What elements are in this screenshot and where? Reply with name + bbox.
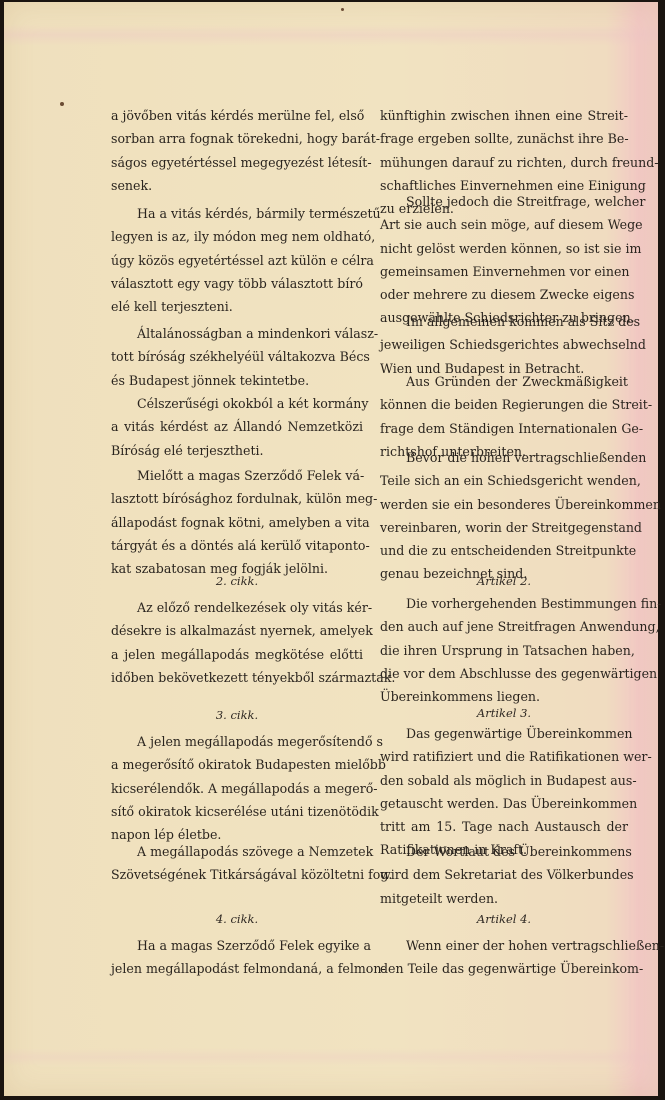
paragraph: Die vorhergehenden Bestimmungen fin- den… (380, 592, 628, 708)
text-line: désekre is alkalmazást nyernek, amelyek (111, 619, 363, 642)
text-line: Bevor die hohen vertragschließenden (380, 446, 628, 469)
text-line: tott bíróság székhelyéül váltakozva Bécs (111, 345, 363, 368)
text-line: úgy közös egyetértéssel azt külön e célr… (111, 249, 363, 272)
text-line: legyen is az, ily módon meg nem oldható, (111, 225, 363, 248)
text-line: állapodást fognak kötni, amelyben a vita (111, 511, 363, 534)
text-line: künftighin zwischen ihnen eine Streit- (380, 104, 628, 127)
text-line: gemeinsamen Einvernehmen vor einen (380, 260, 628, 283)
text-line: wird ratifiziert und die Ratifikationen … (380, 745, 628, 768)
paragraph: Ha a magas Szerződő Felek egyike a jelen… (111, 934, 363, 981)
text-line: senek. (111, 174, 363, 197)
text-line: Célszerűségi okokból a két kormány (111, 392, 363, 415)
text-line: oder mehrere zu diesem Zwecke eigens (380, 283, 628, 306)
ink-speck (341, 8, 344, 11)
paragraph: a jövőben vitás kérdés merülne fel, első… (111, 104, 363, 197)
text-line: Általánosságban a mindenkori válasz- (111, 322, 363, 345)
paragraph: Általánosságban a mindenkori válasz- tot… (111, 322, 363, 392)
text-line: választott egy vagy több választott bíró (111, 272, 363, 295)
text-line: sorban arra fognak törekedni, hogy barát… (111, 127, 363, 150)
text-line: a jövőben vitás kérdés merülne fel, első (111, 104, 363, 127)
paragraph: Wenn einer der hohen vertragschließen- d… (380, 934, 628, 981)
text-line: kicserélendők. A megállapodás a megerő- (111, 777, 363, 800)
text-line: Im allgemeinen kommen als Sitz des (380, 310, 628, 333)
text-line: Ha a vitás kérdés, bármily természetű (111, 202, 363, 225)
paragraph: Der Wortlaut des Übereinkommens wird dem… (380, 840, 628, 910)
paragraph: Bevor die hohen vertragschließenden Teil… (380, 446, 628, 586)
paragraph: Mielőtt a magas Szerződő Felek vá- laszt… (111, 464, 363, 580)
text-line: können die beiden Regierungen die Streit… (380, 393, 628, 416)
paragraph: Ha a vitás kérdés, bármily természetű le… (111, 202, 363, 318)
text-line: nicht gelöst werden können, so ist sie i… (380, 237, 628, 260)
text-line: Das gegenwärtige Übereinkommen (380, 722, 628, 745)
text-line: mühungen darauf zu richten, durch freund… (380, 151, 628, 174)
text-line: getauscht werden. Das Übereinkommen (380, 792, 628, 815)
text-line: a vitás kérdést az Állandó Nemzetközi (111, 415, 363, 438)
text-line: frage dem Ständigen Internationalen Ge- (380, 417, 628, 440)
text-line: A megállapodás szövege a Nemzetek (111, 840, 363, 863)
text-line: die ihren Ursprung in Tatsachen haben, (380, 639, 628, 662)
text-line: mitgeteilt werden. (380, 887, 628, 910)
text-line: Die vorhergehenden Bestimmungen fin- (380, 592, 628, 615)
text-line: Der Wortlaut des Übereinkommens (380, 840, 628, 863)
text-line: Az előző rendelkezések oly vitás kér- (111, 596, 363, 619)
text-line: A jelen megállapodás megerősítendő s (111, 730, 363, 753)
text-line: frage ergeben sollte, zunächst ihre Be- (380, 127, 628, 150)
text-line: wird dem Sekretariat des Völkerbundes (380, 863, 628, 886)
paragraph: Célszerűségi okokból a két kormány a vit… (111, 392, 363, 462)
ink-speck (60, 102, 64, 106)
text-line: den sobald als möglich in Budapest aus- (380, 769, 628, 792)
text-line: jelen megállapodást felmondaná, a felmon… (111, 957, 363, 980)
text-line: elé kell terjeszteni. (111, 295, 363, 318)
paragraph: A jelen megállapodás megerősítendő s a m… (111, 730, 363, 846)
article-heading: Artikel 2. (380, 570, 628, 593)
text-line: Ha a magas Szerződő Felek egyike a (111, 934, 363, 957)
text-line: Wenn einer der hohen vertragschließen- (380, 934, 628, 957)
text-line: Bíróság elé terjesztheti. (111, 439, 363, 462)
text-line: Mielőtt a magas Szerződő Felek vá- (111, 464, 363, 487)
text-line: időben bekövetkezett tényekből származta… (111, 666, 363, 689)
text-line: werden sie ein besonderes Übereinkommen (380, 493, 628, 516)
text-line: den auch auf jene Streitfragen Anwendung… (380, 615, 628, 638)
text-line: tritt am 15. Tage nach Austausch der (380, 815, 628, 838)
paragraph: Sollte jedoch die Streitfrage, welcher A… (380, 190, 628, 330)
text-line: jeweiligen Schiedsgerichtes abwechselnd (380, 333, 628, 356)
article-heading: 2. cikk. (111, 570, 363, 593)
text-line: tárgyát és a döntés alá kerülő vitaponto… (111, 534, 363, 557)
text-line: Szövetségének Titkárságával közöltetni f… (111, 863, 363, 886)
text-line: Aus Gründen der Zweckmäßigkeit (380, 370, 628, 393)
article-heading: 4. cikk. (111, 908, 363, 931)
text-line: die vor dem Abschlusse des gegenwärtigen (380, 662, 628, 685)
article-heading: Artikel 4. (380, 908, 628, 931)
text-line: vereinbaren, worin der Streitgegenstand (380, 516, 628, 539)
paragraph: Az előző rendelkezések oly vitás kér- dé… (111, 596, 363, 689)
article-heading: 3. cikk. (111, 704, 363, 727)
text-line: és Budapest jönnek tekintetbe. (111, 369, 363, 392)
scanned-page: a jövőben vitás kérdés merülne fel, első… (4, 2, 658, 1096)
text-line: und die zu entscheidenden Streitpunkte (380, 539, 628, 562)
text-line: den Teile das gegenwärtige Übereinkom- (380, 957, 628, 980)
text-line: ságos egyetértéssel megegyezést létesít- (111, 151, 363, 174)
text-line: a jelen megállapodás megkötése előtti (111, 643, 363, 666)
text-line: lasztott bírósághoz fordulnak, külön meg… (111, 487, 363, 510)
text-line: Art sie auch sein möge, auf diesem Wege (380, 213, 628, 236)
paragraph: A megállapodás szövege a Nemzetek Szövet… (111, 840, 363, 887)
text-line: sítő okiratok kicserélése utáni tizenötö… (111, 800, 363, 823)
text-line: Teile sich an ein Schiedsgericht wenden, (380, 469, 628, 492)
text-line: Sollte jedoch die Streitfrage, welcher (380, 190, 628, 213)
text-line: a megerősítő okiratok Budapesten mielőbb (111, 753, 363, 776)
